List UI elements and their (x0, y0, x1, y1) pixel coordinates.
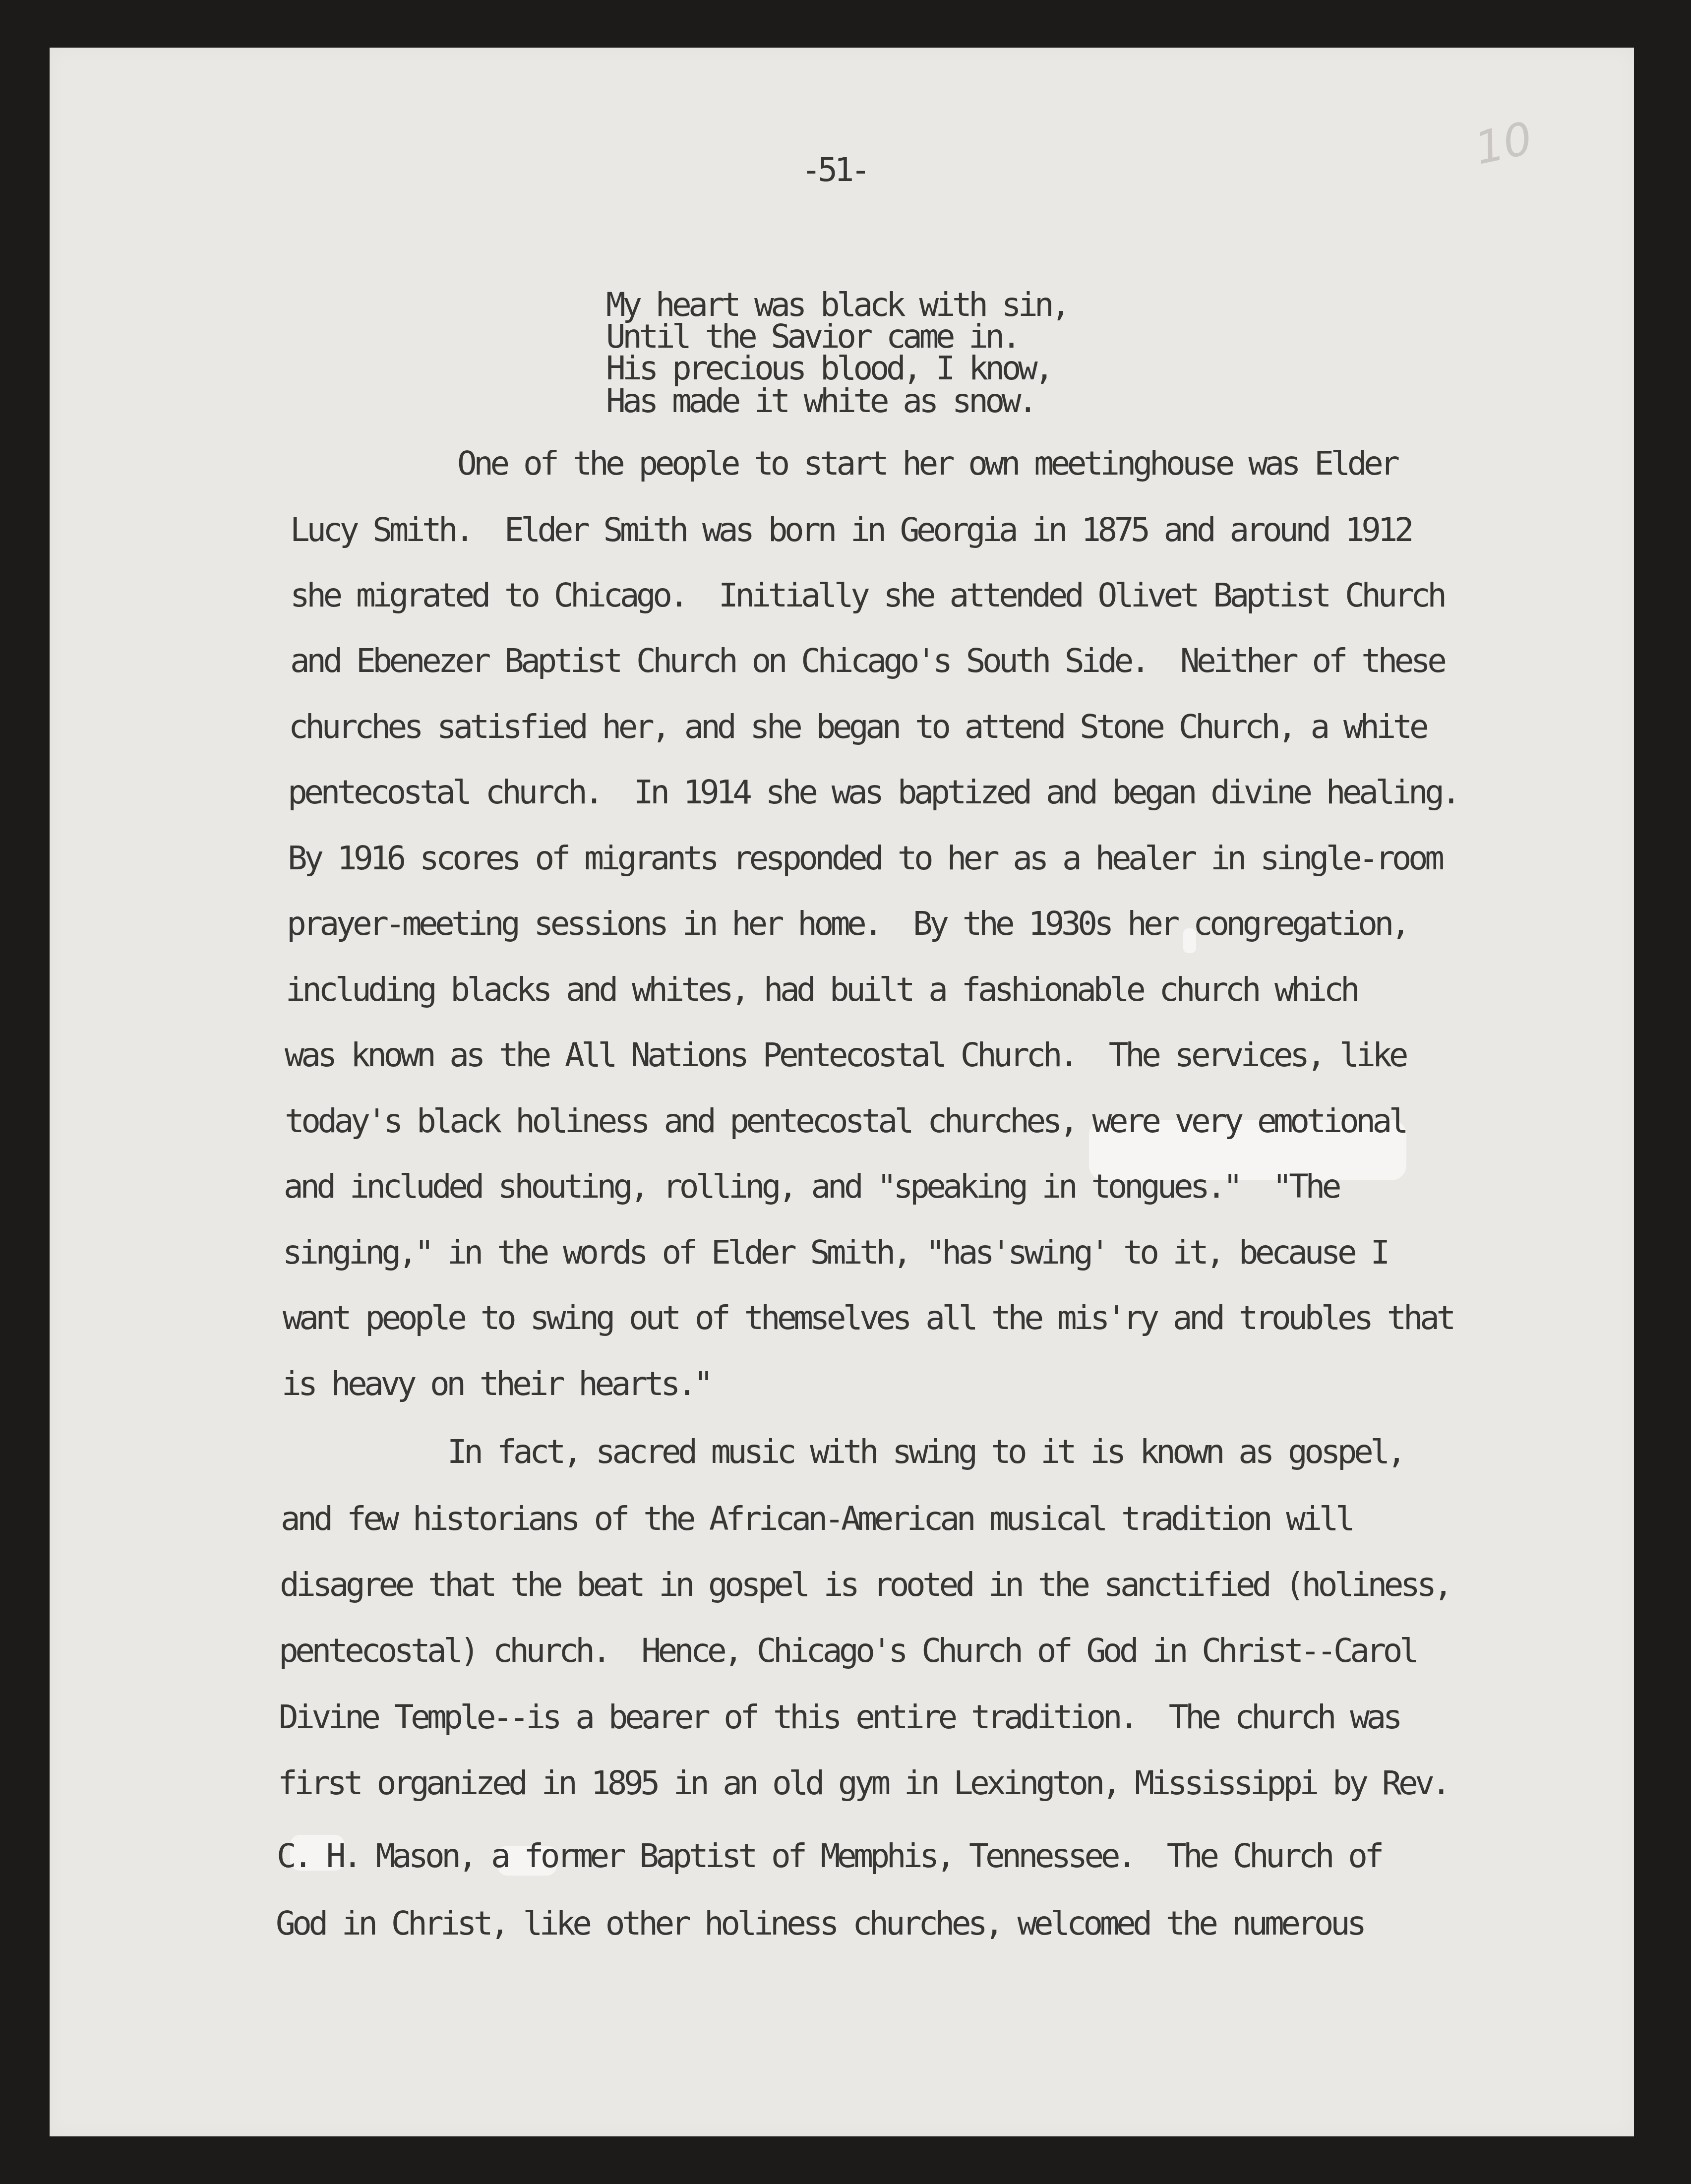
body-line: God in Christ, like other holiness churc… (276, 1907, 1364, 1940)
body-line: today's black holiness and pentecostal c… (285, 1105, 1405, 1138)
body-line: Divine Temple--is a bearer of this entir… (279, 1701, 1399, 1734)
body-line: is heavy on their hearts." (282, 1368, 710, 1400)
body-line: including blacks and whites, had built a… (286, 973, 1357, 1006)
body-line: and included shouting, rolling, and "spe… (284, 1170, 1338, 1203)
body-line: prayer-meeting sessions in her home. By … (287, 908, 1407, 940)
body-line: singing," in the words of Elder Smith, "… (283, 1236, 1387, 1269)
body-line: Lucy Smith. Elder Smith was born in Geor… (290, 514, 1411, 546)
page-number: -51- (801, 154, 867, 186)
poem-line: His precious blood, I know, (606, 352, 1051, 385)
pencil-annotation: 10 (1471, 116, 1536, 172)
body-line: One of the people to start her own meeti… (457, 447, 1396, 480)
body-line: want people to swing out of themselves a… (283, 1302, 1453, 1335)
body-line: churches satisfied her, and she began to… (289, 711, 1426, 743)
body-line: was known as the All Nations Pentecostal… (285, 1039, 1405, 1072)
body-line: pentecostal) church. Hence, Chicago's Ch… (279, 1635, 1416, 1667)
body-line: and few historians of the African-Americ… (281, 1503, 1352, 1535)
body-line: By 1916 scores of migrants responded to … (288, 842, 1441, 875)
body-line: she migrated to Chicago. Initially she a… (290, 579, 1444, 612)
poem-line: Has made it white as snow. (606, 385, 1034, 418)
body-line: and Ebenezer Baptist Church on Chicago's… (290, 645, 1444, 677)
body-line: disagree that the beat in gospel is root… (280, 1569, 1450, 1601)
body-line: pentecostal church. In 1914 she was bapt… (288, 776, 1458, 809)
poem-line: Until the Savior came in. (606, 320, 1018, 353)
body-line: first organized in 1895 in an old gym in… (278, 1767, 1448, 1800)
body-line: In fact, sacred music with swing to it i… (447, 1436, 1403, 1468)
poem-line: My heart was black with sin, (606, 289, 1068, 321)
body-line: C. H. Mason, a former Baptist of Memphis… (277, 1840, 1381, 1873)
